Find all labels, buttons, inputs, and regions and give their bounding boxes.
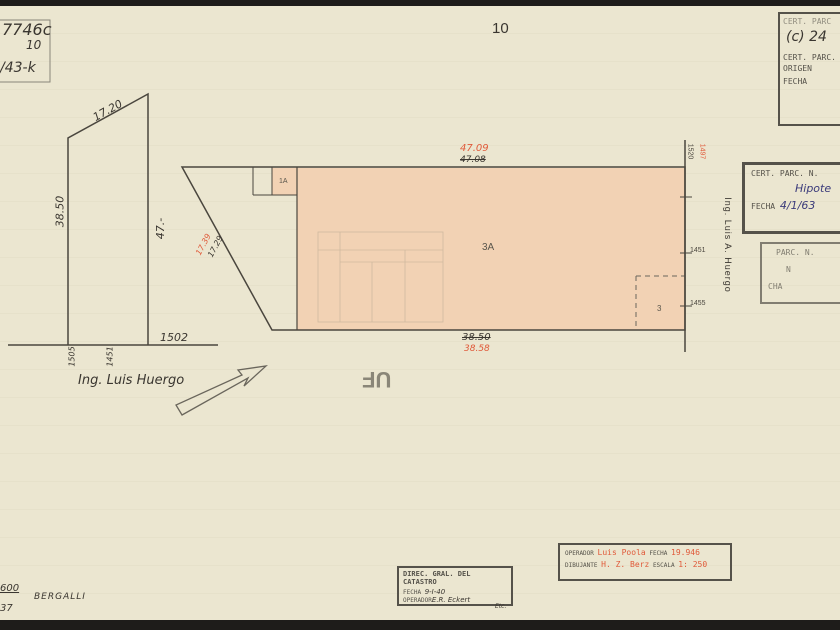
top-edge-black: 47.08 xyxy=(460,155,486,165)
north-arrow-label: UF xyxy=(362,366,391,392)
stamp-cert-parc-a: CERT. PARC (c) 24 CERT. PARC. ORIGEN FEC… xyxy=(778,12,840,126)
fraction-top: 600 xyxy=(0,583,19,594)
file-ref-line1: 7746c xyxy=(2,20,52,39)
stamp-cert-parc-b: CERT. PARC. N. Hipote FECHA 4/1/63 xyxy=(742,162,840,234)
right-number-1497: 1497 xyxy=(698,144,705,160)
top-edge-red: 47.09 xyxy=(460,143,489,154)
left-plot-left-edge: 38.50 xyxy=(53,196,66,228)
right-number-1520: 1520 xyxy=(686,144,693,160)
bottom-edge-black: 38.50 xyxy=(462,332,491,343)
street-number-1451: 1451 xyxy=(106,346,115,366)
bottom-edge-red: 38.58 xyxy=(464,344,490,354)
file-ref-line3: /43-k xyxy=(0,60,36,76)
lot-3a-label: 3A xyxy=(482,242,494,253)
footer-street: BERGALLI xyxy=(34,592,86,602)
file-ref-line2: 10 xyxy=(26,38,41,52)
left-plot-right-edge: 47.- xyxy=(154,218,167,239)
stamp-cert-parc-c: PARC. N. N CHA xyxy=(760,242,840,304)
street-number-1502: 1502 xyxy=(160,331,188,344)
lot-3-label: 3 xyxy=(657,304,661,313)
street-number-1505: 1505 xyxy=(68,346,77,366)
right-number-1455: 1455 xyxy=(690,300,706,307)
catastro-initials: Etc. xyxy=(495,603,506,610)
page-number: 10 xyxy=(492,20,509,37)
lot-1a-label: 1A xyxy=(279,178,288,185)
stamp-catastro: DIREC. GRAL. DEL CATASTRO FECHA 9-I-40 O… xyxy=(397,566,513,606)
fraction-bottom: 37 xyxy=(0,603,13,614)
street-name-right: Ing. Luis A. Huergo xyxy=(723,185,733,305)
north-arrow xyxy=(176,366,266,415)
right-number-1451: 1451 xyxy=(690,247,706,254)
street-name-left: Ing. Luis Huergo xyxy=(78,373,184,388)
plot-drawing xyxy=(0,0,840,630)
stamp-operador: OPERADOR Luis Poola FECHA 19.946 DIBUJAN… xyxy=(558,543,732,581)
